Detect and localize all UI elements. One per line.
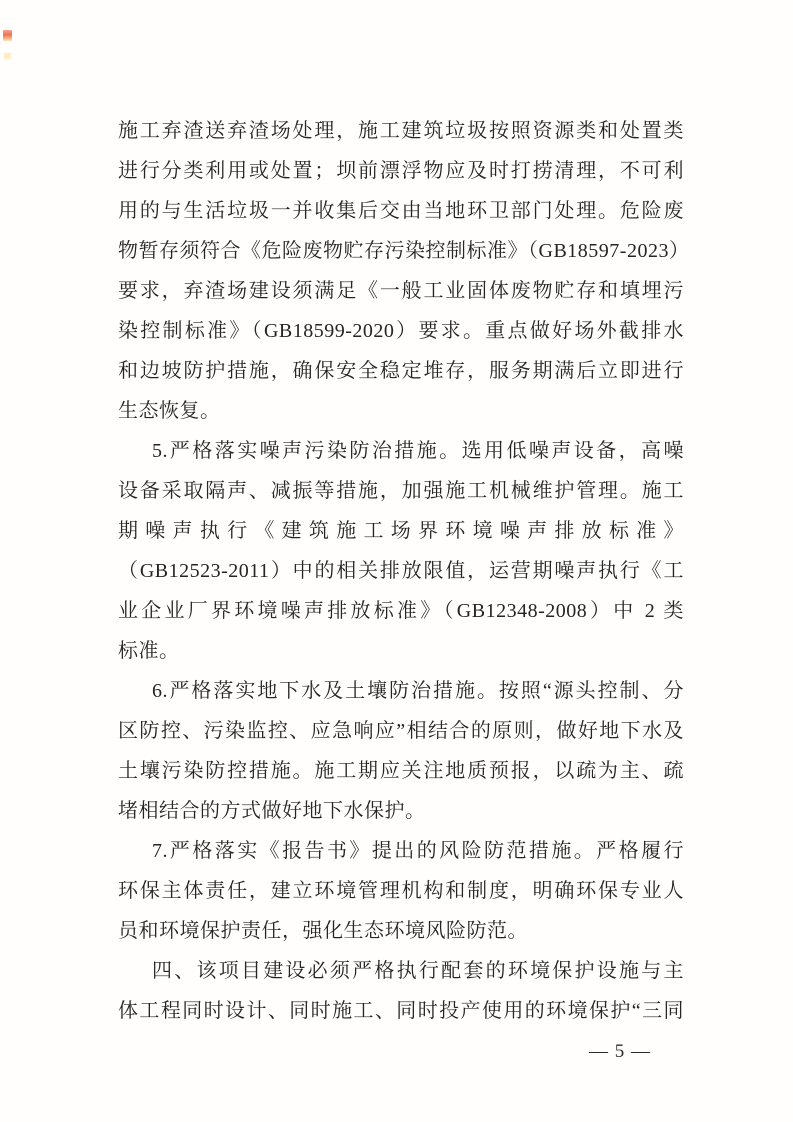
text-line: 环保主体责任，建立环境管理机构和制度，明确环保专业人 (118, 871, 684, 911)
text-line: 要求，弃渣场建设须满足《一般工业固体废物贮存和填埋污 (118, 271, 684, 311)
text-line: 用的与生活垃圾一并收集后交由当地环卫部门处理。危险废 (118, 191, 684, 231)
text-line: 物暂存须符合《危险废物贮存污染控制标准》（GB18597-2023） (118, 231, 684, 271)
text-line: 设备采取隔声、减振等措施，加强施工机械维护管理。施工 (118, 471, 684, 511)
text-line: 期噪声执行《建筑施工场界环境噪声排放标准》 (118, 511, 684, 551)
text-line: （GB12523-2011）中的相关排放限值，运营期噪声执行《工 (118, 551, 684, 591)
text-line: 生态恢复。 (118, 391, 684, 431)
text-line: 区防控、污染监控、应急响应”相结合的原则，做好地下水及 (118, 711, 684, 751)
text-line: 和边坡防护措施，确保安全稳定堆存，服务期满后立即进行 (118, 351, 684, 391)
text-line-paragraph-start: 四、该项目建设必须严格执行配套的环境保护设施与主 (118, 951, 684, 991)
text-line: 员和环境保护责任，强化生态环境风险防范。 (118, 911, 684, 951)
page-number: — 5 — (570, 1038, 670, 1066)
text-line-paragraph-start: 7.严格落实《报告书》提出的风险防范措施。严格履行 (118, 831, 684, 871)
scanned-document-page: 施工弃渣送弃渣场处理，施工建筑垃圾按照资源类和处置类 进行分类利用或处置；坝前漂… (0, 0, 793, 1122)
text-line: 体工程同时设计、同时施工、同时投产使用的环境保护“三同 (118, 991, 684, 1031)
text-line: 施工弃渣送弃渣场处理，施工建筑垃圾按照资源类和处置类 (118, 111, 684, 151)
text-line-paragraph-start: 6.严格落实地下水及土壤防治措施。按照“源头控制、分 (118, 671, 684, 711)
document-body-text: 施工弃渣送弃渣场处理，施工建筑垃圾按照资源类和处置类 进行分类利用或处置；坝前漂… (118, 111, 684, 1031)
text-line: 业企业厂界环境噪声排放标准》（GB12348-2008）中 2 类 (118, 591, 684, 631)
red-stamp-fragment-1 (3, 30, 12, 41)
text-line-paragraph-start: 5.严格落实噪声污染防治措施。选用低噪声设备，高噪 (118, 431, 684, 471)
red-stamp-fragment-2 (4, 53, 11, 59)
text-line: 土壤污染防控措施。施工期应关注地质预报，以疏为主、疏 (118, 751, 684, 791)
text-line: 堵相结合的方式做好地下水保护。 (118, 791, 684, 831)
text-line: 进行分类利用或处置；坝前漂浮物应及时打捞清理，不可利 (118, 151, 684, 191)
text-line: 标准。 (118, 631, 684, 671)
text-line: 染控制标准》（GB18599-2020）要求。重点做好场外截排水 (118, 311, 684, 351)
